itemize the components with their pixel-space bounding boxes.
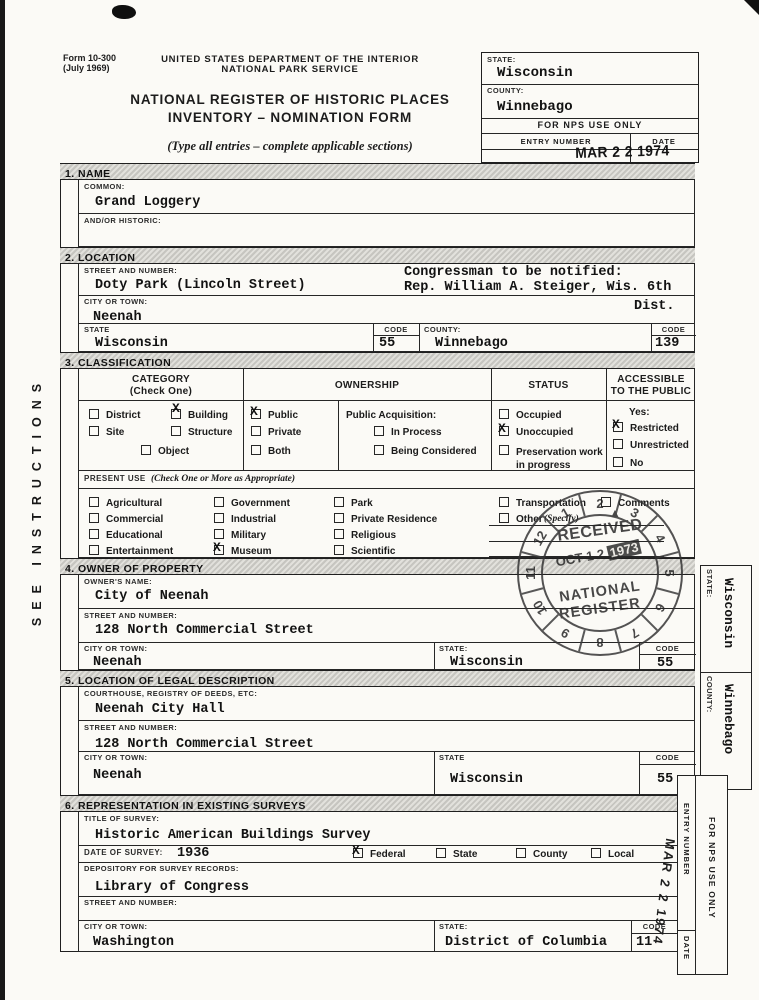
checkbox-label-public: Public bbox=[268, 410, 298, 421]
section-title: CLASSIFICATION bbox=[78, 357, 171, 369]
courthouse-label: COURTHOUSE, REGISTRY OF DEEDS, ETC: bbox=[84, 690, 257, 698]
state-label: STATE bbox=[84, 326, 110, 334]
state-code-value: 55 bbox=[379, 337, 395, 352]
scanned-nomination-form: SEE INSTRUCTIONS Form 10-300 (July 1969)… bbox=[0, 0, 759, 1000]
checkbox-public[interactable]: X bbox=[251, 409, 261, 419]
code-label: CODE bbox=[373, 326, 419, 334]
checkbox-both[interactable] bbox=[251, 445, 261, 455]
stamp-dial-number: 2 bbox=[592, 496, 608, 512]
checkbox-local[interactable] bbox=[591, 848, 601, 858]
section-number: 6. bbox=[65, 800, 75, 812]
checkbox-transportation[interactable] bbox=[499, 497, 509, 507]
congress-note-line1: Congressman to be notified: bbox=[404, 266, 623, 281]
state-value: Wisconsin bbox=[450, 656, 523, 671]
code-label: CODE bbox=[651, 326, 696, 334]
public-acquisition-label: Public Acquisition: bbox=[346, 410, 436, 421]
county-value: Winnebago bbox=[435, 337, 508, 352]
form-revision-date: (July 1969) bbox=[63, 63, 110, 74]
checkbox-label-preservation: Preservation work in progress bbox=[516, 446, 604, 472]
stamp-dial-number: 8 bbox=[592, 634, 608, 650]
street-value: 128 North Commercial Street bbox=[95, 624, 314, 639]
section-number: 5. bbox=[65, 675, 75, 687]
section-title: REPRESENTATION IN EXISTING SURVEYS bbox=[78, 800, 306, 812]
state-label: STATE: bbox=[439, 923, 468, 931]
nps-header-box: STATE: Wisconsin COUNTY: Winnebago FOR N… bbox=[481, 52, 699, 163]
checkbox-label-building: Building bbox=[188, 410, 228, 421]
section-1-body: COMMON: Grand Loggery AND/OR HISTORIC: bbox=[78, 180, 695, 247]
checkbox-label-site: Site bbox=[106, 427, 124, 438]
checkbox-label-unoccupied: Unoccupied bbox=[516, 427, 573, 438]
county-label: COUNTY: bbox=[424, 326, 461, 334]
section-1-header: 1. NAME bbox=[60, 163, 695, 180]
checkbox-label-no: No bbox=[630, 458, 643, 469]
ownership-column-header: OWNERSHIP bbox=[243, 380, 491, 392]
street-label: STREET AND NUMBER: bbox=[84, 724, 177, 732]
divider bbox=[338, 400, 339, 470]
checkbox-entertainment[interactable] bbox=[89, 545, 99, 555]
divider bbox=[79, 896, 694, 897]
checkbox-unoccupied[interactable]: X bbox=[499, 426, 509, 436]
divider bbox=[79, 862, 694, 863]
owner-name-label: OWNER'S NAME: bbox=[84, 578, 152, 586]
form-title-line2: INVENTORY – NOMINATION FORM bbox=[95, 110, 485, 125]
section-6-header: 6. REPRESENTATION IN EXISTING SURVEYS bbox=[60, 795, 695, 812]
survey-date-label: DATE OF SURVEY: bbox=[84, 849, 163, 858]
section-number: 1. bbox=[65, 168, 75, 180]
section-5-header: 5. LOCATION OF LEGAL DESCRIPTION bbox=[60, 670, 695, 687]
sidebar-nps-label: FOR NPS USE ONLY bbox=[707, 817, 717, 919]
checkbox-federal[interactable]: X bbox=[353, 848, 363, 858]
checkbox-label-private: Private bbox=[268, 427, 301, 438]
checkbox-county[interactable] bbox=[516, 848, 526, 858]
survey-title-label: TITLE OF SURVEY: bbox=[84, 815, 159, 823]
city-value: Washington bbox=[93, 936, 174, 951]
checkbox-label-military: Military bbox=[231, 530, 266, 541]
checkbox-preservation[interactable] bbox=[499, 445, 509, 455]
checkbox-building[interactable]: X bbox=[171, 409, 181, 419]
survey-title-value: Historic American Buildings Survey bbox=[95, 829, 370, 844]
present-use-subnote: (Check One or More as Appropriate) bbox=[151, 474, 295, 484]
see-instructions-vertical: SEE INSTRUCTIONS bbox=[30, 331, 44, 671]
scan-corner-mark bbox=[744, 0, 759, 15]
checkbox-label-occupied: Occupied bbox=[516, 410, 562, 421]
checkbox-label-industrial: Industrial bbox=[231, 514, 276, 525]
street-value: Doty Park (Lincoln Street) bbox=[95, 279, 306, 294]
checkbox-scientific[interactable] bbox=[334, 545, 344, 555]
section-number: 2. bbox=[65, 252, 75, 264]
divider bbox=[434, 642, 435, 670]
checkbox-occupied[interactable] bbox=[499, 409, 509, 419]
divider bbox=[482, 133, 698, 134]
divider bbox=[700, 672, 752, 673]
checkbox-museum[interactable]: X bbox=[214, 545, 224, 555]
divider bbox=[434, 920, 435, 952]
common-name-label: COMMON: bbox=[84, 183, 125, 191]
checkbox-district[interactable] bbox=[89, 409, 99, 419]
city-label: CITY OR TOWN: bbox=[84, 923, 148, 931]
divider bbox=[482, 84, 698, 85]
sidebar-county-label: COUNTY: bbox=[705, 676, 713, 713]
checkbox-religious[interactable] bbox=[334, 529, 344, 539]
depository-value: Library of Congress bbox=[95, 881, 249, 896]
form-instruction-note: (Type all entries – complete applicable … bbox=[95, 139, 485, 154]
checkbox-label-entertainment: Entertainment bbox=[106, 546, 173, 557]
divider bbox=[79, 845, 694, 846]
divider bbox=[79, 323, 694, 324]
checkbox-label-both: Both bbox=[268, 446, 291, 457]
checkbox-other[interactable] bbox=[499, 513, 509, 523]
checkbox-being-considered[interactable] bbox=[374, 445, 384, 455]
checkbox-label-park: Park bbox=[351, 498, 373, 509]
sidebar-entry-number-label: ENTRY NUMBER bbox=[682, 803, 691, 876]
divider bbox=[243, 369, 244, 470]
checkbox-label-religious: Religious bbox=[351, 530, 396, 541]
scan-blob bbox=[112, 5, 136, 19]
accessible-yes-label: Yes: bbox=[629, 407, 650, 418]
checkbox-label-county: County bbox=[533, 849, 567, 860]
section-2-body: STREET AND NUMBER: Doty Park (Lincoln St… bbox=[78, 264, 695, 352]
checkbox-label-being-considered: Being Considered bbox=[391, 446, 477, 457]
checkbox-mark: X bbox=[213, 541, 221, 554]
checkbox-object[interactable] bbox=[141, 445, 151, 455]
category-column-subheader: (Check One) bbox=[79, 386, 243, 398]
form-title-line1: NATIONAL REGISTER OF HISTORIC PLACES bbox=[95, 92, 485, 107]
checkbox-label-educational: Educational bbox=[106, 530, 163, 541]
city-value: Neenah bbox=[93, 656, 142, 671]
checkbox-label-commercial: Commercial bbox=[106, 514, 163, 525]
divider bbox=[79, 488, 694, 489]
divider bbox=[606, 369, 607, 470]
status-column-header: STATUS bbox=[491, 380, 606, 392]
date-received-stamp: MAR 2 2 1974 bbox=[575, 142, 670, 162]
city-label: CITY OR TOWN: bbox=[84, 645, 148, 653]
congress-note-line2: Rep. William A. Steiger, Wis. 6th bbox=[404, 281, 671, 296]
owner-name-value: City of Neenah bbox=[95, 590, 208, 605]
checkbox-state[interactable] bbox=[436, 848, 446, 858]
divider bbox=[79, 720, 694, 721]
checkbox-label-object: Object bbox=[158, 446, 189, 457]
checkbox-commercial[interactable] bbox=[89, 513, 99, 523]
county-label: COUNTY: bbox=[487, 87, 524, 95]
state-value: District of Columbia bbox=[445, 936, 607, 951]
city-value: Neenah bbox=[93, 769, 142, 784]
section-3-header: 3. CLASSIFICATION bbox=[60, 352, 695, 369]
divider bbox=[79, 213, 694, 214]
common-name-value: Grand Loggery bbox=[95, 196, 200, 211]
checkbox-private[interactable] bbox=[251, 426, 261, 436]
checkbox-label-structure: Structure bbox=[188, 427, 232, 438]
checkbox-park[interactable] bbox=[334, 497, 344, 507]
divider bbox=[79, 470, 694, 471]
sidebar-county-value: Winnebago bbox=[721, 684, 735, 754]
checkbox-label-district: District bbox=[106, 410, 140, 421]
survey-date-value: 1936 bbox=[177, 847, 209, 862]
checkbox-in-process[interactable] bbox=[374, 426, 384, 436]
congress-note-line3: Dist. bbox=[634, 300, 675, 315]
section-title: LOCATION OF LEGAL DESCRIPTION bbox=[78, 675, 275, 687]
courthouse-value: Neenah City Hall bbox=[95, 703, 225, 718]
historic-name-label: AND/OR HISTORIC: bbox=[84, 217, 161, 225]
divider bbox=[491, 369, 492, 470]
checkbox-label-agricultural: Agricultural bbox=[106, 498, 162, 509]
code-value: 55 bbox=[657, 773, 673, 788]
divider bbox=[434, 751, 435, 795]
section-title: NAME bbox=[78, 168, 111, 180]
depository-label: DEPOSITORY FOR SURVEY RECORDS: bbox=[84, 865, 239, 873]
accessible-column-header1: ACCESSIBLE bbox=[606, 374, 696, 386]
accessible-column-header2: TO THE PUBLIC bbox=[606, 386, 696, 398]
county-code-value: 139 bbox=[655, 337, 679, 352]
checkbox-label-scientific: Scientific bbox=[351, 546, 395, 557]
checkbox-label-local: Local bbox=[608, 849, 634, 860]
state-label: STATE: bbox=[487, 56, 516, 64]
agency-line: NATIONAL PARK SERVICE bbox=[150, 64, 430, 75]
scan-edge-left bbox=[0, 0, 5, 1000]
section-number: 3. bbox=[65, 357, 75, 369]
divider bbox=[79, 295, 694, 296]
divider bbox=[482, 118, 698, 119]
checkbox-label-unrestricted: Unrestricted bbox=[630, 440, 689, 451]
stamp-arrow-icon: ▲ bbox=[609, 506, 621, 520]
stamp-dial-number: 5 bbox=[661, 565, 677, 581]
present-use-label: PRESENT USE bbox=[84, 475, 146, 484]
section-title: LOCATION bbox=[78, 252, 135, 264]
city-label: CITY OR TOWN: bbox=[84, 754, 148, 762]
street-label: STREET AND NUMBER: bbox=[84, 267, 177, 275]
state-label: STATE: bbox=[439, 645, 468, 653]
checkbox-educational[interactable] bbox=[89, 529, 99, 539]
checkbox-label-government: Government bbox=[231, 498, 290, 509]
street-label: STREET AND NUMBER: bbox=[84, 612, 177, 620]
nps-use-only-label: FOR NPS USE ONLY bbox=[482, 120, 698, 130]
state-value: Wisconsin bbox=[497, 66, 573, 81]
street-label: STREET AND NUMBER: bbox=[84, 899, 177, 907]
checkbox-unrestricted[interactable] bbox=[613, 439, 623, 449]
code-label: CODE bbox=[639, 754, 696, 762]
sidebar-date-label: DATE bbox=[682, 936, 691, 960]
divider bbox=[79, 751, 694, 752]
checkbox-label-museum: Museum bbox=[231, 546, 272, 557]
checkbox-mark: X bbox=[250, 405, 258, 418]
sidebar-state-value: Wisconsin bbox=[721, 578, 735, 648]
checkbox-label-restricted: Restricted bbox=[630, 423, 679, 434]
checkbox-private-residence[interactable] bbox=[334, 513, 344, 523]
divider bbox=[419, 323, 420, 351]
county-value: Winnebago bbox=[497, 100, 573, 115]
checkbox-government[interactable] bbox=[214, 497, 224, 507]
section-title: OWNER OF PROPERTY bbox=[78, 563, 204, 575]
checkbox-industrial[interactable] bbox=[214, 513, 224, 523]
section-6-body: TITLE OF SURVEY: Historic American Build… bbox=[78, 812, 695, 952]
sidebar-state-label: STATE: bbox=[705, 569, 713, 598]
section-2-header: 2. LOCATION bbox=[60, 247, 695, 264]
category-column-header: CATEGORY bbox=[79, 374, 243, 386]
checkbox-label-in-process: In Process bbox=[391, 427, 442, 438]
section-number: 4. bbox=[65, 563, 75, 575]
checkbox-label-federal: Federal bbox=[370, 849, 406, 860]
checkbox-site[interactable] bbox=[89, 426, 99, 436]
checkbox-no[interactable] bbox=[613, 457, 623, 467]
checkbox-mark: X bbox=[612, 418, 620, 431]
checkbox-mark: X bbox=[352, 844, 360, 857]
checkbox-label-state: State bbox=[453, 849, 477, 860]
divider bbox=[639, 764, 696, 765]
checkbox-label-private-residence: Private Residence bbox=[351, 514, 437, 525]
checkbox-restricted[interactable]: X bbox=[613, 422, 623, 432]
state-value: Wisconsin bbox=[95, 337, 168, 352]
checkbox-agricultural[interactable] bbox=[89, 497, 99, 507]
checkbox-mark: X bbox=[498, 422, 506, 435]
checkbox-mark: X bbox=[172, 402, 180, 415]
divider bbox=[677, 930, 695, 931]
received-stamp: 12 1 2 3 4 5 6 7 8 9 10 11 ▲ RECEIVED OC… bbox=[517, 490, 683, 656]
checkbox-military[interactable] bbox=[214, 529, 224, 539]
divider bbox=[79, 920, 694, 921]
state-value: Wisconsin bbox=[450, 773, 523, 788]
state-label: STATE bbox=[439, 754, 465, 762]
checkbox-structure[interactable] bbox=[171, 426, 181, 436]
section-5-body: COURTHOUSE, REGISTRY OF DEEDS, ETC: Neen… bbox=[78, 687, 695, 795]
city-label: CITY OR TOWN: bbox=[84, 298, 148, 306]
divider bbox=[695, 775, 696, 975]
